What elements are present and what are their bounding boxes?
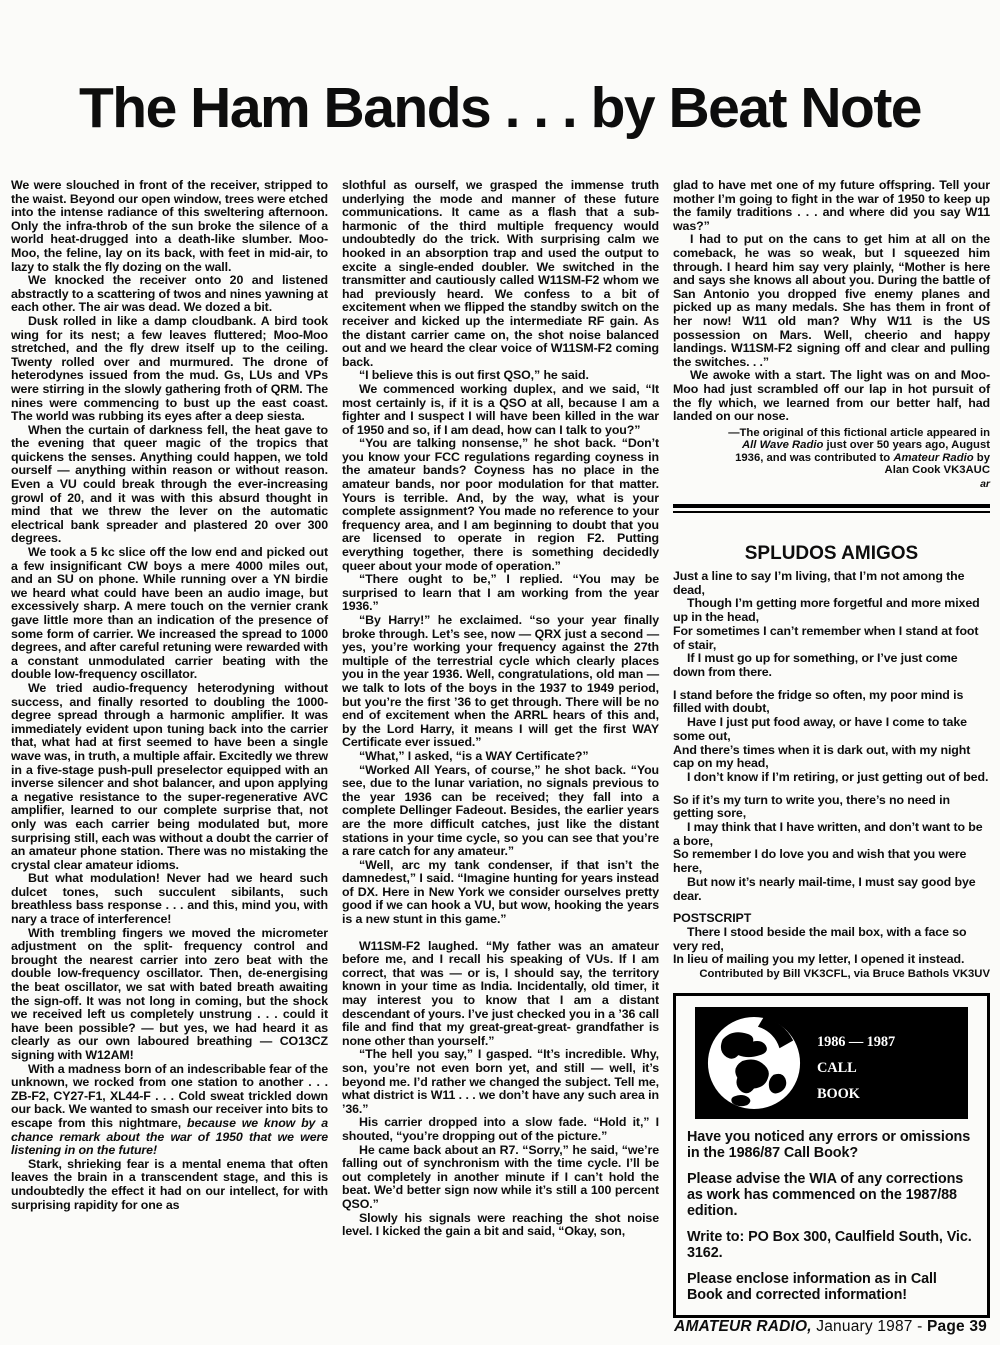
globe-icon [705, 1014, 803, 1112]
callbook-title-call: CALL [817, 1060, 962, 1076]
section-divider [673, 504, 990, 513]
poem-line: I stand before the fridge so often, my p… [673, 689, 990, 716]
credit-publication: All Wave Radio [742, 439, 823, 451]
article-paragraph: I had to put on the cans to get him at a… [673, 233, 990, 369]
article-paragraph: With a madness born of an indescribable … [11, 1063, 328, 1158]
poem-line: But now it’s nearly mail-time, I must sa… [673, 876, 990, 903]
poem-stanza: Just a line to say I’m living, that I’m … [673, 570, 990, 680]
article-paragraph: We were slouched in front of the receive… [11, 179, 328, 274]
poem-line: For sometimes I can’t remember when I st… [673, 625, 990, 652]
poem-credit: Contributed by Bill VK3CFL, via Bruce Ba… [673, 968, 990, 980]
article-paragraph: We tried audio-frequency heterodyning wi… [11, 682, 328, 872]
article-paragraph: But what modulation! Never had we heard … [11, 872, 328, 926]
ad-paragraph: Have you noticed any errors or omissions… [687, 1129, 976, 1161]
article-paragraph: We commenced working duplex, and we said… [342, 383, 659, 437]
article-paragraph: “You are talking nonsense,” he shot back… [342, 437, 659, 573]
article-paragraph: He came back about an R7. “Sorry,” he sa… [342, 1144, 659, 1212]
article-columns: We were slouched in front of the receive… [0, 179, 1000, 1318]
poem-stanza: So if it’s my turn to write you, there’s… [673, 794, 990, 904]
poem-line: Just a line to say I’m living, that I’m … [673, 570, 990, 597]
poem-section: SPLUDOS AMIGOS Just a line to say I’m li… [673, 543, 990, 980]
credit-publication: Amateur Radio [893, 452, 973, 464]
poem-line: If I must go up for something, or I’ve j… [673, 652, 990, 679]
footer-magazine-name: AMATEUR RADIO, [674, 1318, 812, 1335]
poem-line: I may think that I have written, and don… [673, 821, 990, 848]
article-paragraph: glad to have met one of my future offspr… [673, 179, 990, 233]
page-footer: AMATEUR RADIO, January 1987 - Page 39 [674, 1318, 987, 1336]
ad-paragraph: Please enclose information as in Call Bo… [687, 1271, 976, 1303]
article-paragraph: “By Harry!” he exclaimed. “so your year … [342, 614, 659, 750]
poem-line: I don’t know if I’m retiring, or just ge… [673, 771, 990, 785]
article-column-3: glad to have met one of my future offspr… [673, 179, 990, 1318]
article-column-2: slothful as ourself, we grasped the imme… [342, 179, 659, 1318]
article-paragraph: Stark, shrieking fear is a mental enema … [11, 1158, 328, 1212]
poem-line: Though I’m getting more forgetful and mo… [673, 597, 990, 624]
poem-postscript: POSTSCRIPT There I stood beside the mail… [673, 912, 990, 980]
callbook-ad-banner: 1986 — 1987 CALL BOOK [695, 1007, 968, 1119]
article-paragraph: Slowly his signals were reaching the sho… [342, 1212, 659, 1239]
article-paragraph: When the curtain of darkness fell, the h… [11, 424, 328, 546]
article-credit: —The original of this fictional article … [673, 427, 990, 477]
footer-issue: January 1987 - [812, 1318, 927, 1335]
callbook-title-book: BOOK [817, 1086, 962, 1102]
poem-line: So if it’s my turn to write you, there’s… [673, 794, 990, 821]
article-paragraph: “The hell you say,” I gasped. “It’s incr… [342, 1048, 659, 1116]
article-paragraph: “I believe this is out first QSO,” he sa… [342, 369, 659, 383]
poem-line: So remember I do love you and wish that … [673, 848, 990, 875]
article-paragraph: “Worked All Years, of course,” he shot b… [342, 764, 659, 859]
poem-stanza: I stand before the fridge so often, my p… [673, 689, 990, 785]
poem-title: SPLUDOS AMIGOS [673, 543, 990, 565]
article-paragraph: We awoke with a start. The light was on … [673, 369, 990, 423]
callbook-ad: 1986 — 1987 CALL BOOK Have you noticed a… [673, 993, 990, 1318]
article-paragraph: We knocked the receiver onto 20 and list… [11, 274, 328, 315]
article-paragraph: slothful as ourself, we grasped the imme… [342, 179, 659, 369]
article-paragraph: “There ought to be,” I replied. “You may… [342, 573, 659, 614]
article-paragraph: With trembling fingers we moved the micr… [11, 927, 328, 1063]
callbook-years: 1986 — 1987 [817, 1034, 962, 1050]
poem-line: Have I just put food away, or have I com… [673, 716, 990, 743]
article-paragraph: W11SM-F2 laughed. “My father was an amat… [342, 940, 659, 1049]
article-endmark: ar [673, 478, 990, 490]
credit-text: —The original of this fictional article … [728, 427, 990, 439]
article-paragraph: We took a 5 kc slice off the low end and… [11, 546, 328, 682]
article-paragraph: “Well, arc my tank condenser, if that is… [342, 859, 659, 927]
poem-line: In lieu of mailing you my letter, I open… [673, 953, 990, 967]
article-column-1: We were slouched in front of the receive… [11, 179, 328, 1318]
poem-line: There I stood beside the mail box, with … [673, 926, 990, 953]
callbook-ad-text: 1986 — 1987 CALL BOOK [803, 1024, 962, 1102]
footer-page-number: Page 39 [927, 1318, 987, 1335]
article-paragraph: Dusk rolled in like a damp cloudbank. A … [11, 315, 328, 424]
ad-paragraph: Write to: PO Box 300, Caulfield South, V… [687, 1229, 976, 1261]
page-title: The Ham Bands . . . by Beat Note [0, 80, 1000, 137]
poem-postscript-label: POSTSCRIPT [673, 912, 990, 926]
poem-line: And there’s times when it is dark out, w… [673, 744, 990, 771]
article-paragraph: His carrier dropped into a slow fade. “H… [342, 1116, 659, 1143]
ad-paragraph: Please advise the WIA of any corrections… [687, 1171, 976, 1219]
article-paragraph: “What,” I asked, “is a WAY Certificate?” [342, 750, 659, 764]
